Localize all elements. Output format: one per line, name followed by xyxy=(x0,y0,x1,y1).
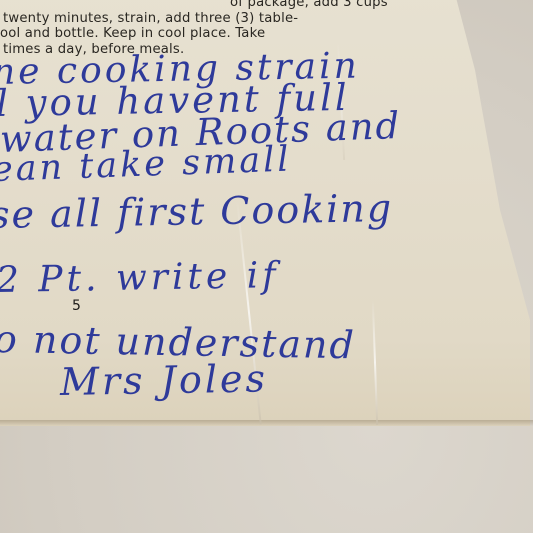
signature: Mrs Joles xyxy=(60,356,269,404)
handwritten-note: ne cooking strain l you havent full wate… xyxy=(0,0,533,533)
photo-scene: of package, add 3 cups twenty minutes, s… xyxy=(0,0,533,533)
handwritten-line: 2 Pt. write if xyxy=(0,255,280,301)
handwritten-line: se all first Cooking xyxy=(0,186,393,237)
